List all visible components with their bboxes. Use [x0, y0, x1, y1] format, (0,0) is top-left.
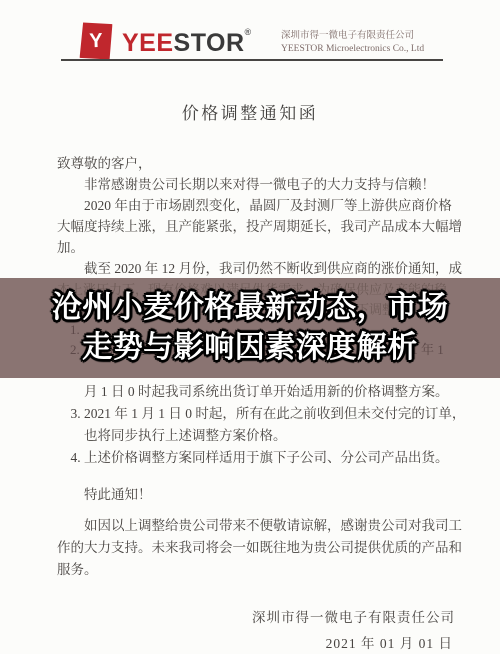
document-title: 价格调整通知函	[0, 99, 500, 124]
body-line: 服务。	[57, 559, 462, 581]
registered-mark: ®	[245, 27, 252, 37]
body-line: 4. 上述价格调整方案同样适用于旗下子公司、分公司产品出货。	[57, 447, 465, 469]
body-line: 大幅度持续上涨，且产能紧张，投产周期延长，我司产品成本大幅增	[57, 216, 462, 237]
body-line: 月 1 日 0 时起我司系统出货订单开始适用新的价格调整方案。	[57, 381, 465, 403]
wordmark-stor: STOR	[174, 29, 245, 57]
signature-company: 深圳市得一微电子有限责任公司	[252, 606, 455, 626]
headline-line-1: 沧州小麦价格最新动态，市场	[52, 288, 449, 328]
headline-title: 沧州小麦价格最新动态，市场 走势与影响因素深度解析	[0, 278, 500, 378]
headline-line-2: 走势与影响因素深度解析	[82, 328, 418, 368]
body-line: 如因以上调整给贵公司带来不便敬请谅解，感谢贵公司对我司工	[57, 515, 462, 537]
yeestor-logo-icon: Y	[78, 21, 113, 60]
headline-overlay-band: 本上涨压力下，现有价格难以满足供货需求，为确保供应及产能的稳 后决定，对现有在售…	[0, 278, 500, 378]
yeestor-wordmark: YEESTOR®	[122, 29, 252, 58]
company-name-cn: 深圳市得一微电子有限责任公司	[281, 30, 424, 43]
notice-line: 特此通知！	[57, 483, 152, 503]
body-line: 非常感谢贵公司长期以来对得一微电子的大力支持与信赖！	[57, 174, 462, 195]
company-name-en: YEESTOR Microelectronics Co., Ltd	[281, 43, 424, 56]
body-line: 致尊敬的客户，	[57, 153, 462, 174]
wordmark-yee: YEE	[122, 29, 174, 57]
letter-body-top: 致尊敬的客户， 非常感谢贵公司长期以来对得一微电子的大力支持与信赖！ 2020 …	[57, 153, 462, 279]
company-name-block: 深圳市得一微电子有限责任公司 YEESTOR Microelectronics …	[281, 30, 424, 55]
letter-body-bottom: 月 1 日 0 时起我司系统出货订单开始适用新的价格调整方案。 3. 2021 …	[57, 381, 465, 469]
body-line: 3. 2021 年 1 月 1 日 0 时起，所有在此之前收到但未交付完的订单，	[57, 403, 465, 425]
body-line: 2020 年由于市场剧烈变化，晶圆厂及封测厂等上游供应商价格	[57, 195, 462, 216]
body-line: 作的大力支持。未来我司将会一如既往地为贵公司提供优质的产品和	[57, 537, 462, 559]
signature-date: 2021 年 01 月 01 日	[326, 632, 453, 652]
scanned-letter: Y YEESTOR® 深圳市得一微电子有限责任公司 YEESTOR Microe…	[0, 0, 500, 654]
notice-letter-page: Y YEESTOR® 深圳市得一微电子有限责任公司 YEESTOR Microe…	[0, 0, 500, 654]
body-line: 截至 2020 年 12 月份，我司仍然不断收到供应商的涨价通知，成	[57, 258, 462, 279]
closing-paragraph: 如因以上调整给贵公司带来不便敬请谅解，感谢贵公司对我司工 作的大力支持。未来我司…	[57, 515, 462, 581]
body-line: 加。	[57, 237, 462, 258]
body-line: 也将同步执行上述调整方案价格。	[57, 425, 465, 447]
header-divider	[61, 59, 443, 61]
